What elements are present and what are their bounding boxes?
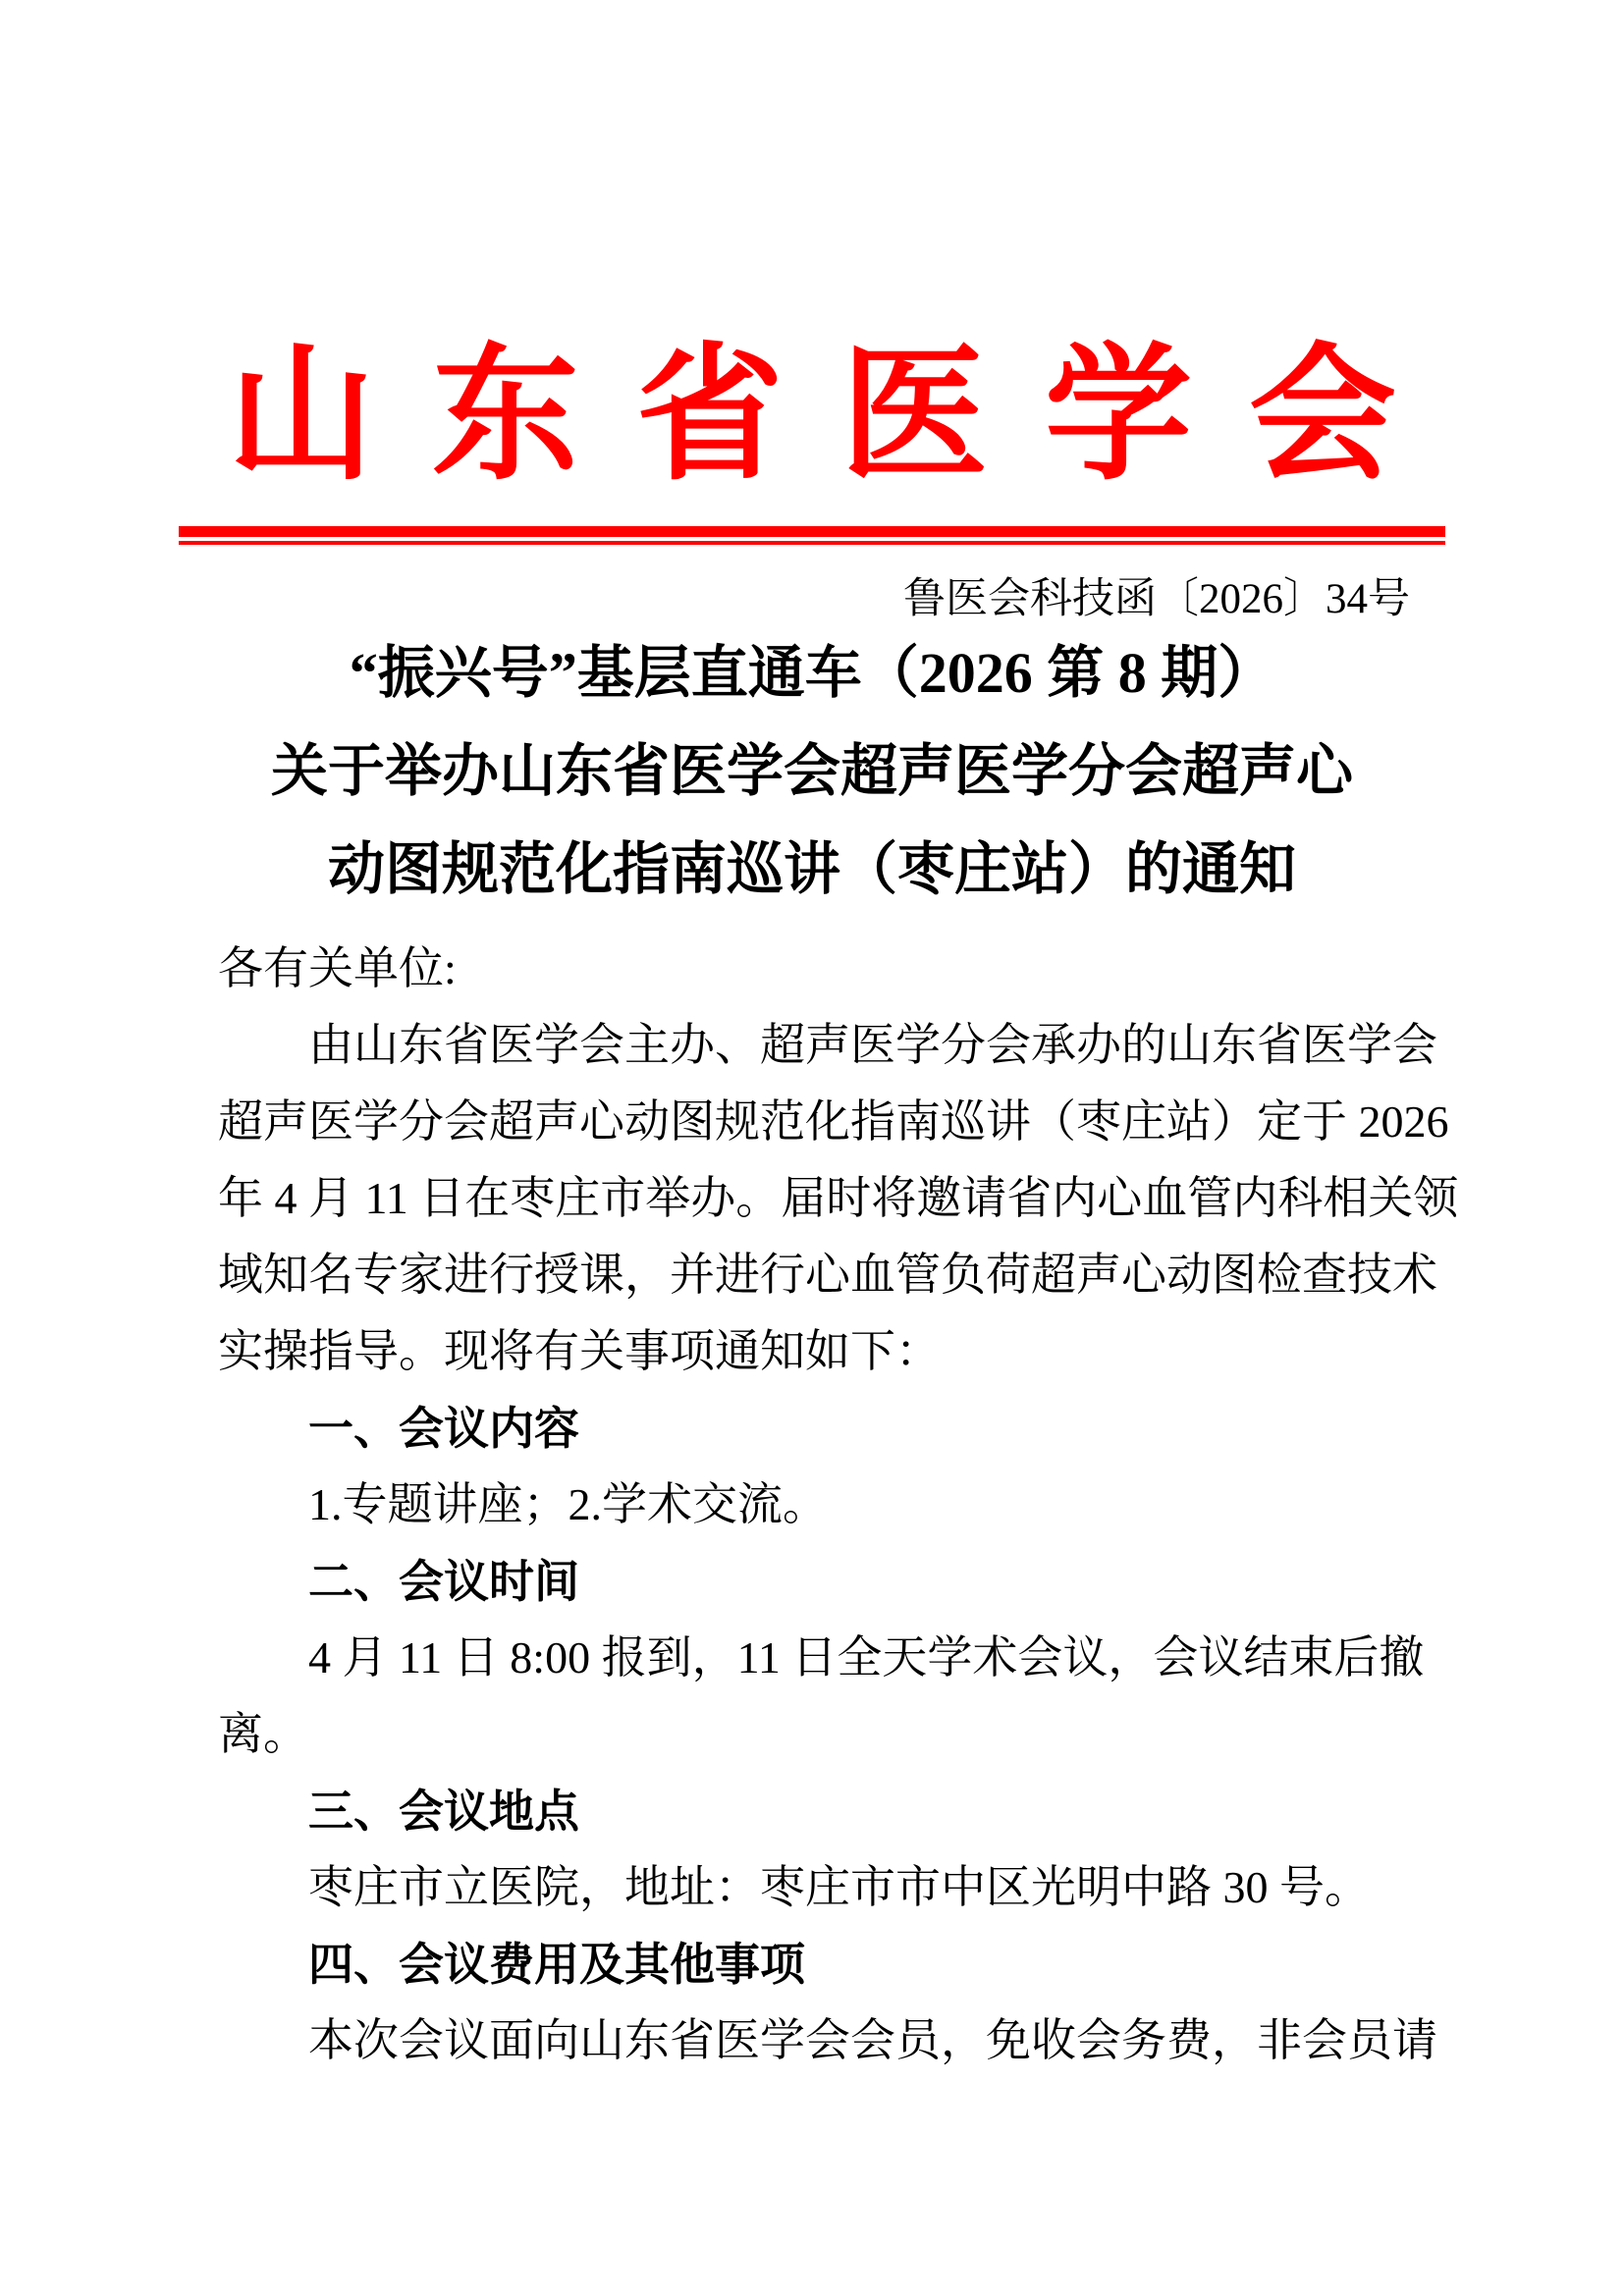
document-title: “振兴号”基层直通车（2026 第 8 期） 关于举办山东省医学会超声医学分会超… bbox=[0, 624, 1624, 919]
section-heading-meeting-time: 二、会议时间 bbox=[218, 1543, 1408, 1620]
organization-title: 山东省医学会 bbox=[0, 332, 1624, 502]
document-title-line-2: 关于举办山东省医学会超声医学分会超声心 bbox=[0, 722, 1624, 821]
body-line-experts: 域知名专家进行授课，并进行心血管负荷超声心动图检查技术 bbox=[218, 1237, 1408, 1313]
document-title-line-1: “振兴号”基层直通车（2026 第 8 期） bbox=[0, 624, 1624, 722]
body-line-address: 枣庄市立医院，地址：枣庄市市中区光明中路 30 号。 bbox=[218, 1849, 1408, 1926]
body-line-agenda: 1.专题讲座；2.学术交流。 bbox=[218, 1467, 1408, 1543]
notice-page: 山东省医学会 鲁医会科技函〔2026〕34号 “振兴号”基层直通车（2026 第… bbox=[0, 0, 1624, 2296]
red-divider-thick bbox=[179, 526, 1445, 537]
red-divider-thin bbox=[179, 541, 1445, 545]
section-heading-meeting-location: 三、会议地点 bbox=[218, 1773, 1408, 1849]
body-line-event: 超声医学分会超声心动图规范化指南巡讲（枣庄站）定于 2026 bbox=[218, 1084, 1408, 1160]
salutation: 各有关单位: bbox=[218, 931, 1408, 1007]
document-title-line-3: 动图规范化指南巡讲（枣庄站）的通知 bbox=[0, 821, 1624, 919]
body-line-schedule-continued: 离。 bbox=[218, 1696, 1408, 1773]
body-line-practice-guidance: 实操指导。现将有关事项通知如下： bbox=[218, 1313, 1408, 1390]
body-line-organizer: 由山东省医学会主办、超声医学分会承办的山东省医学会 bbox=[218, 1007, 1408, 1084]
document-body: 各有关单位: 由山东省医学会主办、超声医学分会承办的山东省医学会 超声医学分会超… bbox=[218, 931, 1408, 2079]
section-heading-meeting-content: 一、会议内容 bbox=[218, 1390, 1408, 1467]
body-line-membership-fee: 本次会议面向山东省医学会会员，免收会务费，非会员请 bbox=[218, 2002, 1408, 2079]
section-heading-fees-other: 四、会议费用及其他事项 bbox=[218, 1926, 1408, 2002]
body-line-schedule: 4 月 11 日 8:00 报到，11 日全天学术会议，会议结束后撤 bbox=[218, 1620, 1408, 1696]
document-reference-number: 鲁医会科技函〔2026〕34号 bbox=[0, 573, 1410, 626]
body-line-date-venue: 年 4 月 11 日在枣庄市举办。届时将邀请省内心血管内科相关领 bbox=[218, 1160, 1408, 1237]
